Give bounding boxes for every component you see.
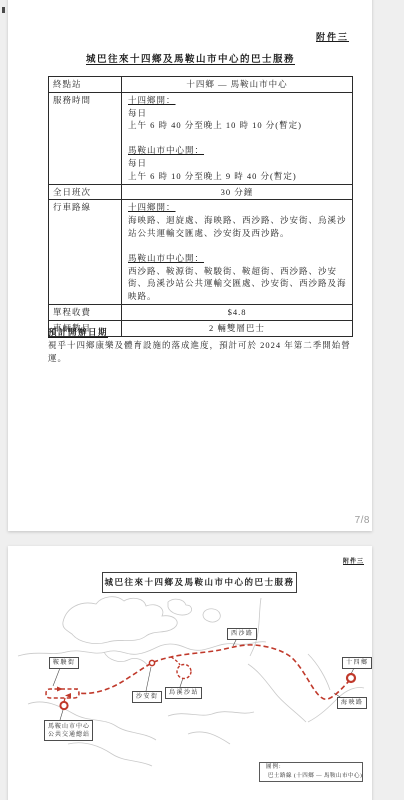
route-map: 鞍駿街 西沙路 沙安街 烏溪沙站 十四鄉 海映路 馬鞍山市中心 公共交通總站 圖…	[8, 594, 372, 800]
table-row-service-hours: 服務時間 十四鄉開： 每日 上午 6 時 40 分至晚上 10 時 10 分(暫…	[49, 92, 353, 184]
terminus-ma-on-shan	[60, 702, 67, 709]
row-label: 服務時間	[49, 92, 122, 184]
map-label-sha-on-street: 沙安街	[132, 691, 162, 703]
map-label-mos-terminus: 馬鞍山市中心 公共交通總站	[44, 720, 93, 741]
page-indicator: 7/8	[355, 515, 370, 526]
mos-terminus-line1: 馬鞍山市中心	[48, 723, 90, 731]
table-row-fare: 單程收費 $4.8	[49, 304, 353, 320]
route-ssh-heading: 十四鄉開：	[128, 201, 348, 214]
hours-mos-heading: 馬鞍山市中心開：	[128, 144, 348, 157]
launch-date-heading: 預計開辦日期	[48, 326, 108, 338]
row-label: 全日班次	[49, 184, 122, 200]
pdf-viewer: { "colors": { "route_red": "#c0392b", "m…	[0, 0, 404, 800]
row-value: $4.8	[122, 304, 353, 320]
appendix-label: 附件三	[343, 556, 364, 565]
row-label: 單程收費	[49, 304, 122, 320]
legend-route-label: 巴士路線 (十四鄉 — 馬鞍山市中心)	[268, 771, 362, 779]
hours-mos-time: 上午 6 時 10 分至晚上 9 時 40 分(暫定)	[128, 170, 348, 183]
launch-date-text: 視乎十四鄉康樂及體育設施的落成進度，預計可於 2024 年第二季開始營運。	[48, 339, 356, 365]
mos-terminus-line2: 公共交通總站	[48, 731, 90, 739]
label-leader-lines	[53, 638, 354, 720]
route-direction-arrows	[57, 687, 71, 699]
bus-service-table: 終點站 十四鄉 — 馬鞍山市中心 服務時間 十四鄉開： 每日 上午 6 時 40…	[48, 76, 353, 337]
route-mos-text: 西沙路、鞍源街、鞍駿街、鞍超街、西沙路、沙安街、烏溪沙站公共運輸交匯處、沙安街、…	[128, 265, 348, 303]
map-label-on-chun-street: 鞍駿街	[49, 657, 79, 669]
row-label: 終點站	[49, 77, 122, 93]
map-label-hoi-ying-road: 海映路	[337, 697, 367, 709]
map-label-shap-sz-heung: 十四鄉	[342, 657, 372, 669]
appendix-label: 附件三	[316, 30, 349, 43]
route-mos-heading: 馬鞍山市中心開：	[128, 252, 348, 265]
row-label: 行車路線	[49, 200, 122, 305]
hours-mos-daily: 每日	[128, 157, 348, 170]
hours-ssh-time: 上午 6 時 40 分至晚上 10 時 10 分(暫定)	[128, 119, 348, 132]
corner-artifact	[2, 7, 5, 13]
pdf-page-8: 附件三 城巴往來十四鄉及馬鞍山市中心的巴士服務	[8, 546, 372, 800]
legend-heading: 圖例:	[266, 764, 362, 770]
table-row-route: 行車路線 十四鄉開： 海映路、迴旋處、海映路、西沙路、沙安街、烏溪沙站公共運輸交…	[49, 200, 353, 305]
map-label-wu-kai-sha-station: 烏溪沙站	[165, 687, 202, 699]
table-row-terminus: 終點站 十四鄉 — 馬鞍山市中心	[49, 77, 353, 93]
map-legend: 圖例: 巴士路線 (十四鄉 — 馬鞍山市中心)	[259, 762, 363, 782]
row-value: 2 輛雙層巴士	[122, 320, 353, 336]
map-title: 城巴往來十四鄉及馬鞍山市中心的巴士服務	[102, 572, 297, 593]
coastline-art	[18, 597, 364, 766]
row-value: 十四鄉開： 海映路、迴旋處、海映路、西沙路、沙安街、烏溪沙站公共運輸交匯處、沙安…	[122, 200, 353, 305]
pdf-page-7: 附件三 城巴往來十四鄉及馬鞍山市中心的巴士服務 終點站 十四鄉 — 馬鞍山市中心…	[8, 0, 372, 531]
map-label-sai-sha-road: 西沙路	[227, 628, 257, 640]
page-title: 城巴往來十四鄉及馬鞍山市中心的巴士服務	[38, 51, 343, 65]
spacer	[128, 132, 348, 144]
spacer	[128, 240, 348, 252]
row-value: 十四鄉開： 每日 上午 6 時 40 分至晚上 10 時 10 分(暫定) 馬鞍…	[122, 92, 353, 184]
row-value: 十四鄉 — 馬鞍山市中心	[122, 77, 353, 93]
hours-ssh-heading: 十四鄉開：	[128, 94, 348, 107]
hours-ssh-daily: 每日	[128, 107, 348, 120]
route-ssh-text: 海映路、迴旋處、海映路、西沙路、沙安街、烏溪沙站公共運輸交匯處、沙安街及西沙路。	[128, 214, 348, 240]
terminus-shap-sz-heung	[347, 674, 355, 682]
table-row-frequency: 全日班次 30 分鐘	[49, 184, 353, 200]
row-value: 30 分鐘	[122, 184, 353, 200]
